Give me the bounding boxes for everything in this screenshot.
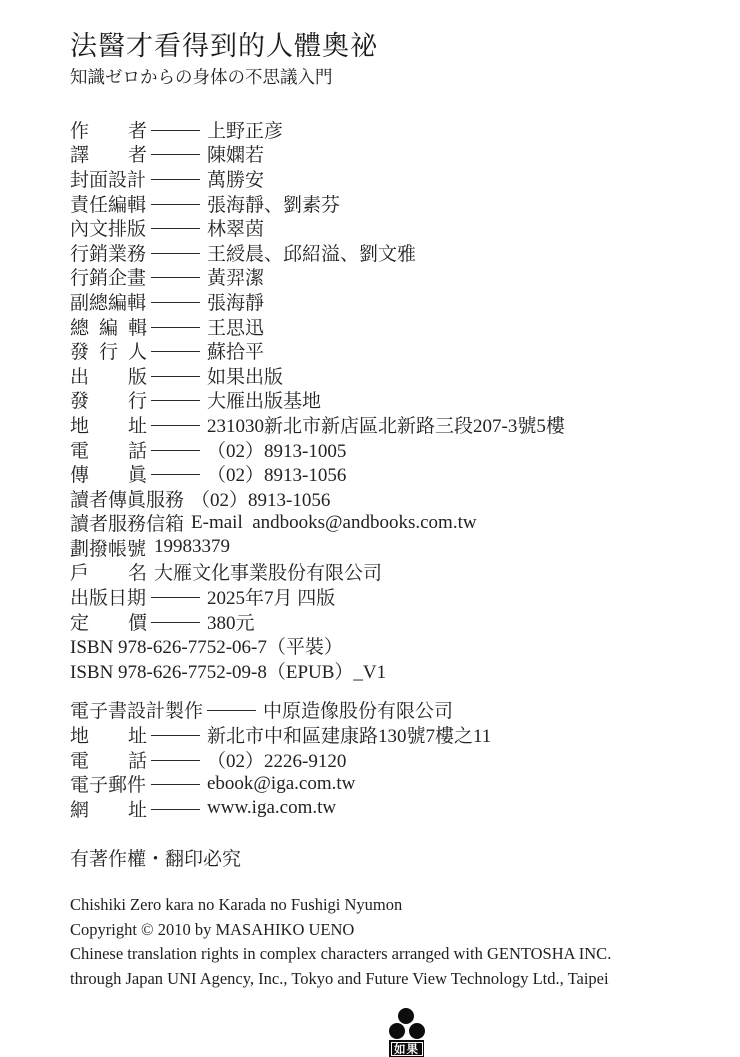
dash-rule [151, 474, 200, 475]
colophon-label: 封面設計 [70, 165, 147, 192]
colophon-label: 出版日期 [70, 583, 147, 610]
colophon-label: 電子郵件 [70, 770, 147, 797]
colophon-label: 地址 [70, 411, 147, 438]
colophon-row: 電子郵件ebook@iga.com.tw [70, 771, 700, 796]
colophon-row: 發行大雁出版基地 [70, 388, 700, 413]
colophon-value: 王綬晨、邱紹溢、劉文雅 [207, 239, 416, 266]
colophon-label: 電話 [70, 746, 147, 773]
colophon-label: 網址 [70, 795, 147, 822]
colophon-label: 發行 [70, 386, 147, 413]
colophon-value: 2025年7月 四版 [207, 583, 335, 610]
colophon-row: 封面設計萬勝安 [70, 166, 700, 191]
colophon-label: 傳眞 [70, 460, 147, 487]
colophon-main-list: 作者上野正彦譯者陳嫻若封面設計萬勝安責任編輯張海靜、劉素芬內文排版林翠茵行銷業務… [70, 117, 700, 683]
three-circles-icon [389, 1023, 405, 1039]
dash-rule [151, 302, 200, 303]
colophon-value: 張海靜、劉素芬 [207, 190, 340, 217]
colophon-row: 網址www.iga.com.tw [70, 796, 700, 821]
colophon-value: （02）8913-1005 [207, 436, 346, 463]
dash-rule [151, 130, 200, 131]
colophon-row: 出版如果出版 [70, 363, 700, 388]
colophon-value: 380元 [207, 608, 255, 635]
colophon-value: （02）8913-1056 [207, 460, 346, 487]
colophon-row: 行銷企畫黃羿潔 [70, 265, 700, 290]
colophon-ebook-list: 電子書設計製作中原造像股份有限公司地址新北市中和區建康路130號7樓之11電話（… [70, 698, 700, 821]
dash-rule [151, 400, 200, 401]
dash-rule [151, 204, 200, 205]
colophon-row: 出版日期2025年7月 四版 [70, 584, 700, 609]
colophon-value: 中原造像股份有限公司 [263, 696, 453, 723]
copyright-notice: 有著作權・翻印必究 [70, 848, 700, 873]
colophon-label: 行銷企畫 [70, 263, 147, 290]
colophon-row: 電子書設計製作中原造像股份有限公司 [70, 698, 700, 723]
colophon-value: www.iga.com.tw [207, 797, 336, 819]
colophon-label: 內文排版 [70, 214, 147, 241]
colophon-row: 劃撥帳號19983379 [70, 535, 700, 560]
colophon-line-text: ISBN 978-626-7752-09-8（EPUB）_V1 [70, 657, 386, 684]
book-subtitle: 知識ゼロからの身体の不思議入門 [70, 65, 700, 89]
dash-rule [151, 327, 200, 328]
dash-rule [151, 351, 200, 352]
colophon-label: 讀者傳眞服務 [70, 485, 184, 512]
colophon-value: E-mail andbooks@andbooks.com.tw [191, 512, 477, 534]
colophon-label: 作者 [70, 116, 147, 143]
rights-line: Chinese translation rights in complex ch… [70, 942, 700, 967]
colophon-row: 電話（02）8913-1005 [70, 437, 700, 462]
colophon-value: 上野正彦 [207, 116, 283, 143]
colophon-label: 地址 [70, 721, 147, 748]
colophon-label: 行銷業務 [70, 239, 147, 266]
colophon-value: 大雁出版基地 [207, 386, 321, 413]
colophon-value: 如果出版 [207, 362, 283, 389]
publisher-name-badge: 如果 [389, 1040, 424, 1057]
colophon-label: 電子書設計製作 [70, 696, 203, 723]
colophon-label: 發行人 [70, 337, 147, 364]
colophon-label: 定價 [70, 608, 147, 635]
dash-rule [151, 277, 200, 278]
dash-rule [151, 179, 200, 180]
publisher-logo: 如果 [389, 1008, 425, 1057]
colophon-row: 副總編輯張海靜 [70, 289, 700, 314]
colophon-value: 陳嫻若 [207, 140, 264, 167]
rights-line: Copyright © 2010 by MASAHIKO UENO [70, 918, 700, 943]
dash-rule [151, 760, 200, 761]
colophon-value: 黃羿潔 [207, 263, 264, 290]
rights-line: through Japan UNI Agency, Inc., Tokyo an… [70, 967, 700, 992]
colophon-row: 定價380元 [70, 609, 700, 634]
colophon-value: 張海靜 [207, 288, 264, 315]
colophon-row: 讀者傳眞服務（02）8913-1056 [70, 486, 700, 511]
dash-rule [151, 154, 200, 155]
dash-rule [151, 450, 200, 451]
dash-rule [151, 376, 200, 377]
colophon-label: 戶名 [70, 558, 147, 585]
colophon-label: 讀者服務信箱 [70, 509, 184, 536]
colophon-value: （02）8913-1056 [191, 485, 330, 512]
colophon-label: 責任編輯 [70, 190, 147, 217]
colophon-value: 231030新北市新店區北新路三段207-3號5樓 [207, 411, 565, 438]
colophon-value: ebook@iga.com.tw [207, 773, 355, 795]
book-title: 法醫才看得到的人體奧祕 [70, 30, 700, 63]
dash-rule [151, 425, 200, 426]
colophon-row: ISBN 978-626-7752-06-7（平裝） [70, 633, 700, 658]
colophon-value: （02）2226-9120 [207, 746, 346, 773]
colophon-value: 蘇拾平 [207, 337, 264, 364]
colophon-value: 林翠茵 [207, 214, 264, 241]
colophon-value: 新北市中和區建康路130號7樓之11 [207, 721, 491, 748]
colophon-row: 發行人蘇拾平 [70, 338, 700, 363]
colophon-label: 出版 [70, 362, 147, 389]
colophon-value: 王思迅 [207, 313, 264, 340]
colophon-row: 戶名大雁文化事業股份有限公司 [70, 560, 700, 585]
rights-line: Chishiki Zero kara no Karada no Fushigi … [70, 893, 700, 918]
colophon-row: ISBN 978-626-7752-09-8（EPUB）_V1 [70, 658, 700, 683]
colophon-label: 劃撥帳號 [70, 534, 147, 561]
colophon-row: 作者上野正彦 [70, 117, 700, 142]
rights-block: Chishiki Zero kara no Karada no Fushigi … [70, 893, 700, 991]
three-circles-icon [409, 1023, 425, 1039]
colophon-row: 電話（02）2226-9120 [70, 747, 700, 772]
colophon-label: 總編輯 [70, 313, 147, 340]
colophon-value: 萬勝安 [207, 165, 264, 192]
dash-rule [151, 809, 200, 810]
colophon-page: 法醫才看得到的人體奧祕 知識ゼロからの身体の不思議入門 作者上野正彦譯者陳嫻若封… [0, 0, 740, 1057]
colophon-row: 總編輯王思迅 [70, 314, 700, 339]
colophon-label: 副總編輯 [70, 288, 147, 315]
colophon-row: 地址231030新北市新店區北新路三段207-3號5樓 [70, 412, 700, 437]
dash-rule [151, 597, 200, 598]
dash-rule [151, 228, 200, 229]
colophon-row: 責任編輯張海靜、劉素芬 [70, 191, 700, 216]
dash-rule [151, 622, 200, 623]
dash-rule [151, 735, 200, 736]
colophon-label: 譯者 [70, 140, 147, 167]
dash-rule [207, 710, 256, 711]
colophon-row: 行銷業務王綬晨、邱紹溢、劉文雅 [70, 240, 700, 265]
colophon-row: 內文排版林翠茵 [70, 215, 700, 240]
dash-rule [151, 784, 200, 785]
colophon-row: 地址新北市中和區建康路130號7樓之11 [70, 722, 700, 747]
colophon-row: 譯者陳嫻若 [70, 142, 700, 167]
colophon-label: 電話 [70, 436, 147, 463]
three-circles-icon [398, 1008, 414, 1024]
colophon-row: 傳眞（02）8913-1056 [70, 461, 700, 486]
colophon-row: 讀者服務信箱E-mail andbooks@andbooks.com.tw [70, 511, 700, 536]
dash-rule [151, 253, 200, 254]
colophon-line-text: ISBN 978-626-7752-06-7（平裝） [70, 632, 343, 659]
colophon-value: 大雁文化事業股份有限公司 [154, 558, 382, 585]
colophon-value: 19983379 [154, 536, 230, 558]
